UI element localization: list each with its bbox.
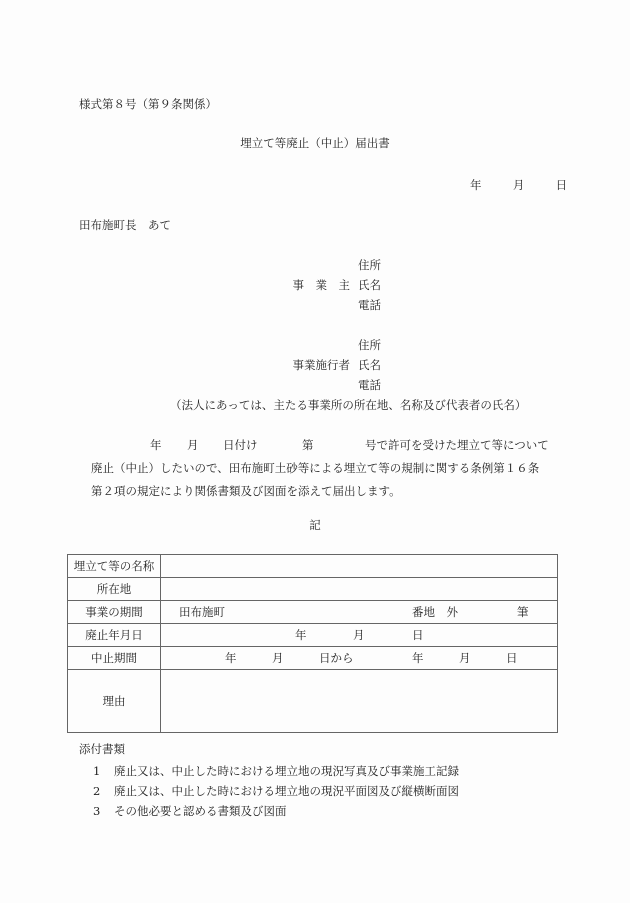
permit-no-prefix: 第 bbox=[302, 438, 314, 452]
location-value-cell[interactable] bbox=[161, 578, 558, 601]
period-hitsu: 筆 bbox=[517, 604, 529, 620]
reason-value-cell[interactable] bbox=[161, 670, 558, 733]
row-label-period: 事業の期間 bbox=[68, 601, 161, 624]
attachment-item: 1廃止又は、中止した時における埋立地の現況写真及び事業施工記録 bbox=[93, 764, 459, 778]
row-label-abolish-date: 廃止年月日 bbox=[68, 624, 161, 647]
row-label-suspension: 中止期間 bbox=[68, 647, 161, 670]
period-banchi: 番地 外 bbox=[412, 604, 458, 620]
susp-to-day: 日 bbox=[506, 650, 518, 666]
susp-to-year: 年 bbox=[412, 650, 424, 666]
attachment-text: 廃止又は、中止した時における埋立地の現況平面図及び縦横断面図 bbox=[114, 784, 459, 798]
contractor-address-label: 住所 bbox=[358, 338, 381, 352]
susp-from-year: 年 bbox=[225, 650, 237, 666]
attachment-text: 廃止又は、中止した時における埋立地の現況写真及び事業施工記録 bbox=[114, 764, 459, 778]
susp-to-month: 月 bbox=[459, 650, 471, 666]
abolish-month: 月 bbox=[353, 627, 365, 643]
permit-dated: 日付け bbox=[223, 438, 258, 452]
date-day: 日 bbox=[556, 178, 568, 192]
table-row: 所在地 bbox=[68, 578, 558, 601]
attachment-item: 3その他必要と認める書類及び図面 bbox=[93, 804, 287, 818]
row-label-location: 所在地 bbox=[68, 578, 161, 601]
susp-from-day: 日から bbox=[319, 650, 354, 666]
form-number: 様式第８号（第９条関係） bbox=[79, 97, 217, 111]
document-title: 埋立て等廃止（中止）届出書 bbox=[0, 136, 630, 150]
attachment-number: 3 bbox=[93, 804, 114, 818]
owner-address-label: 住所 bbox=[358, 258, 381, 272]
abolish-day: 日 bbox=[412, 627, 424, 643]
table-row: 事業の期間 田布施町 番地 外 筆 bbox=[68, 601, 558, 624]
date-month: 月 bbox=[513, 178, 525, 192]
row-label-name: 埋立て等の名称 bbox=[68, 555, 161, 578]
attachment-item: 2廃止又は、中止した時における埋立地の現況平面図及び縦横断面図 bbox=[93, 784, 459, 798]
table-row: 理由 bbox=[68, 670, 558, 733]
abolish-year: 年 bbox=[295, 627, 307, 643]
period-value-cell[interactable]: 田布施町 番地 外 筆 bbox=[161, 601, 558, 624]
contractor-name-label: 氏名 bbox=[358, 358, 381, 372]
table-row: 廃止年月日 年 月 日 bbox=[68, 624, 558, 647]
body-line-3: 第２項の規定により関係書類及び図面を添えて届出します。 bbox=[91, 484, 401, 498]
permit-year: 年 bbox=[150, 438, 162, 452]
owner-role-label: 事 業 主 bbox=[270, 278, 350, 292]
date-year: 年 bbox=[470, 178, 482, 192]
table-row: 埋立て等の名称 bbox=[68, 555, 558, 578]
owner-phone-label: 電話 bbox=[358, 298, 381, 312]
attachment-number: 1 bbox=[93, 764, 114, 778]
owner-name-label: 氏名 bbox=[358, 278, 381, 292]
permit-month: 月 bbox=[187, 438, 199, 452]
contractor-phone-label: 電話 bbox=[358, 378, 381, 392]
attachment-text: その他必要と認める書類及び図面 bbox=[114, 804, 287, 818]
row-label-reason: 理由 bbox=[68, 670, 161, 733]
suspension-period-cell[interactable]: 年 月 日から 年 月 日 bbox=[161, 647, 558, 670]
corporate-note: （法人にあっては、主たる事業所の所在地、名称及び代表者の氏名） bbox=[170, 398, 526, 412]
table-row: 中止期間 年 月 日から 年 月 日 bbox=[68, 647, 558, 670]
abolish-date-cell[interactable]: 年 月 日 bbox=[161, 624, 558, 647]
susp-from-month: 月 bbox=[272, 650, 284, 666]
contractor-role-label: 事業施行者 bbox=[270, 358, 350, 372]
period-town: 田布施町 bbox=[179, 604, 225, 620]
ki-heading: 記 bbox=[0, 518, 630, 532]
name-value-cell[interactable] bbox=[161, 555, 558, 578]
body-line-2: 廃止（中止）したいので、田布施町土砂等による埋立て等の規制に関する条例第１６条 bbox=[91, 461, 539, 475]
permit-suffix: 号で許可を受けた埋立て等について bbox=[365, 438, 549, 452]
submission-date: 年 月 日 bbox=[470, 178, 567, 192]
attachment-number: 2 bbox=[93, 784, 114, 798]
details-table: 埋立て等の名称 所在地 事業の期間 田布施町 番地 外 筆 廃止年月日 年 月 … bbox=[67, 554, 558, 733]
addressee: 田布施町長 あて bbox=[79, 218, 171, 232]
attachments-heading: 添付書類 bbox=[79, 742, 125, 756]
